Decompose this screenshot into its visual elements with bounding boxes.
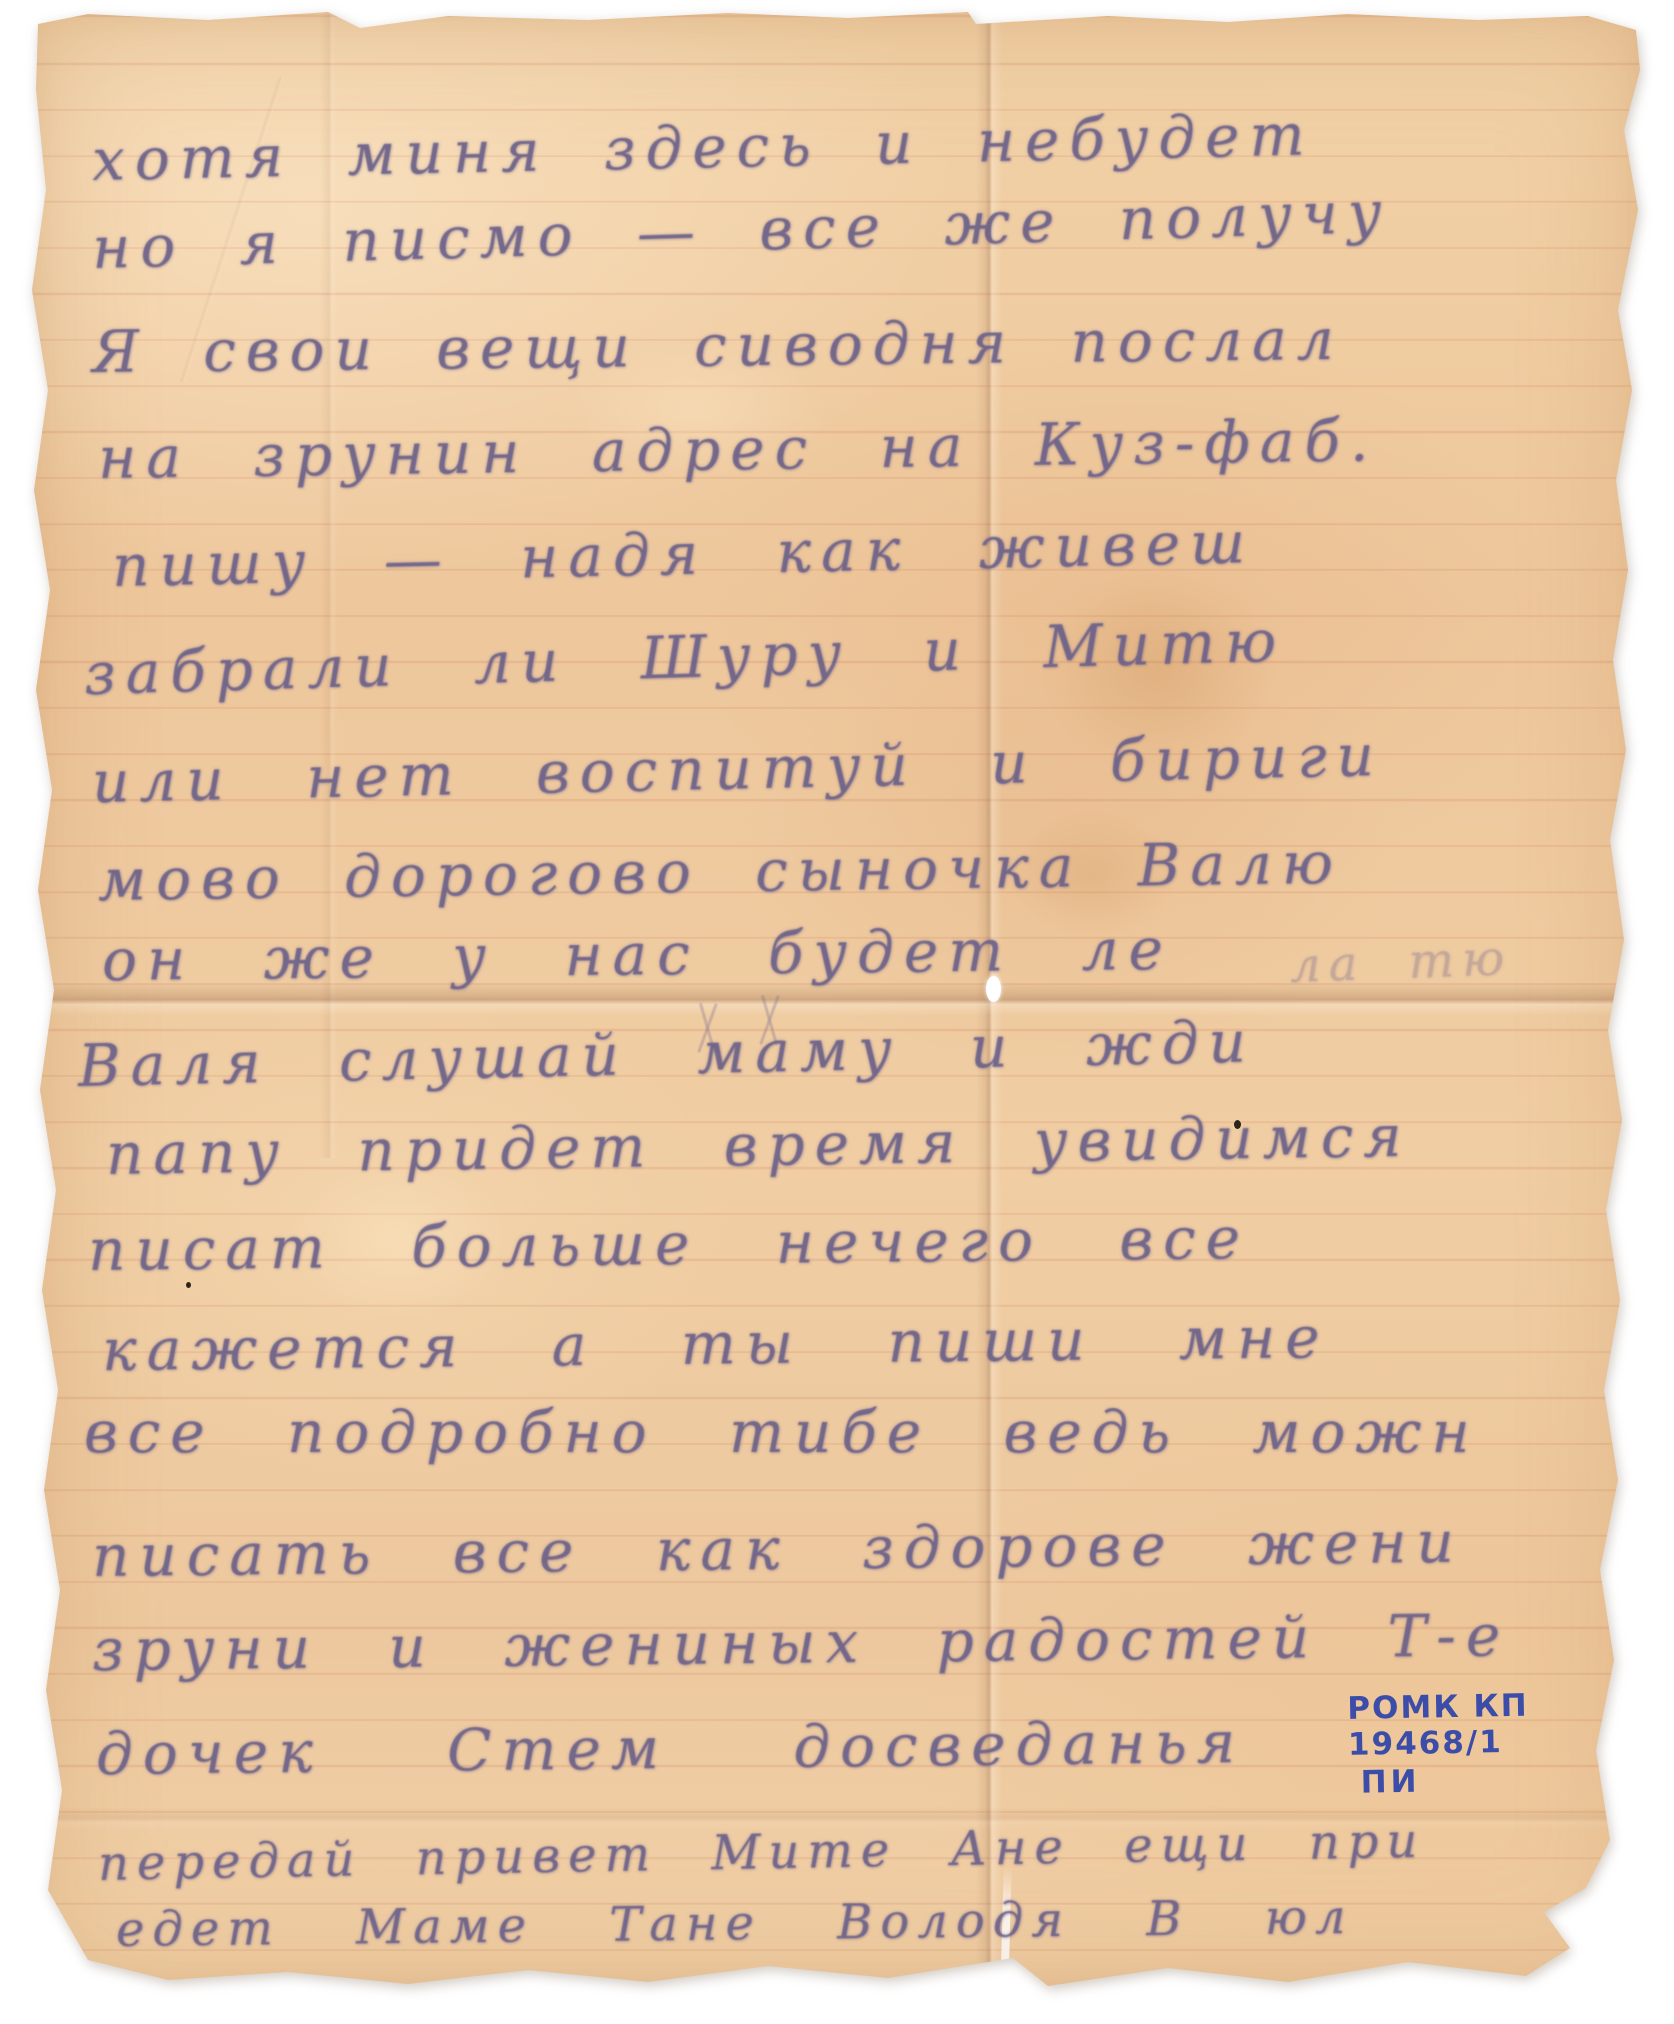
handwritten-line: или нет воспитуй и бириги: [91, 721, 1384, 816]
stamp-code: ПИ: [1360, 1759, 1674, 1800]
handwritten-line: кажется а ты пиши мне: [102, 1303, 1330, 1384]
stamp-number: РОМК КП 19468/1: [1347, 1685, 1674, 1763]
handwritten-line: забрали ли Шуру и Митю: [83, 606, 1287, 708]
handwritten-line: зруни и жениных радостей Т-е: [92, 1601, 1511, 1684]
handwritten-line: он же у нас будет ле: [102, 915, 1174, 994]
handwritten-line: едет Маме Тане Володя В юл: [116, 1889, 1354, 1958]
handwritten-line: дочек Стем досведанья: [96, 1708, 1246, 1788]
handwritten-line: писат больше нечего все: [88, 1204, 1251, 1284]
handwritten-line: хотя миня здесь и небудет: [91, 100, 1315, 194]
handwritten-line: пишу — надя как живеш: [111, 508, 1255, 600]
handwritten-line: но я писмо — все же получу: [91, 178, 1392, 282]
handwritten-line: передай привет Мите Ане ещи при: [98, 1813, 1426, 1892]
handwritten-line: писать все как здорове жени: [92, 1508, 1464, 1590]
faded-pencil-fragment: ла тю: [1289, 930, 1513, 994]
handwritten-line: Я свои вещи сиводня послал: [92, 305, 1344, 386]
museum-inventory-stamp: РОМК КП 19468/1 ПИ: [1347, 1685, 1674, 1801]
handwritten-line: папу придет время увидимся: [106, 1102, 1413, 1188]
handwritten-line: все подробно тибе ведь можн: [84, 1398, 1480, 1466]
handwritten-line: на зрунин адрес на Куз-фаб.: [98, 406, 1379, 492]
handwritten-line: мово дорогово сыночка Валю: [98, 829, 1344, 914]
handwritten-line: Валя слушай маму и жди: [77, 1007, 1256, 1100]
scanned-letter-page: хотя миня здесь и небудет но я писмо — в…: [0, 0, 1674, 2024]
